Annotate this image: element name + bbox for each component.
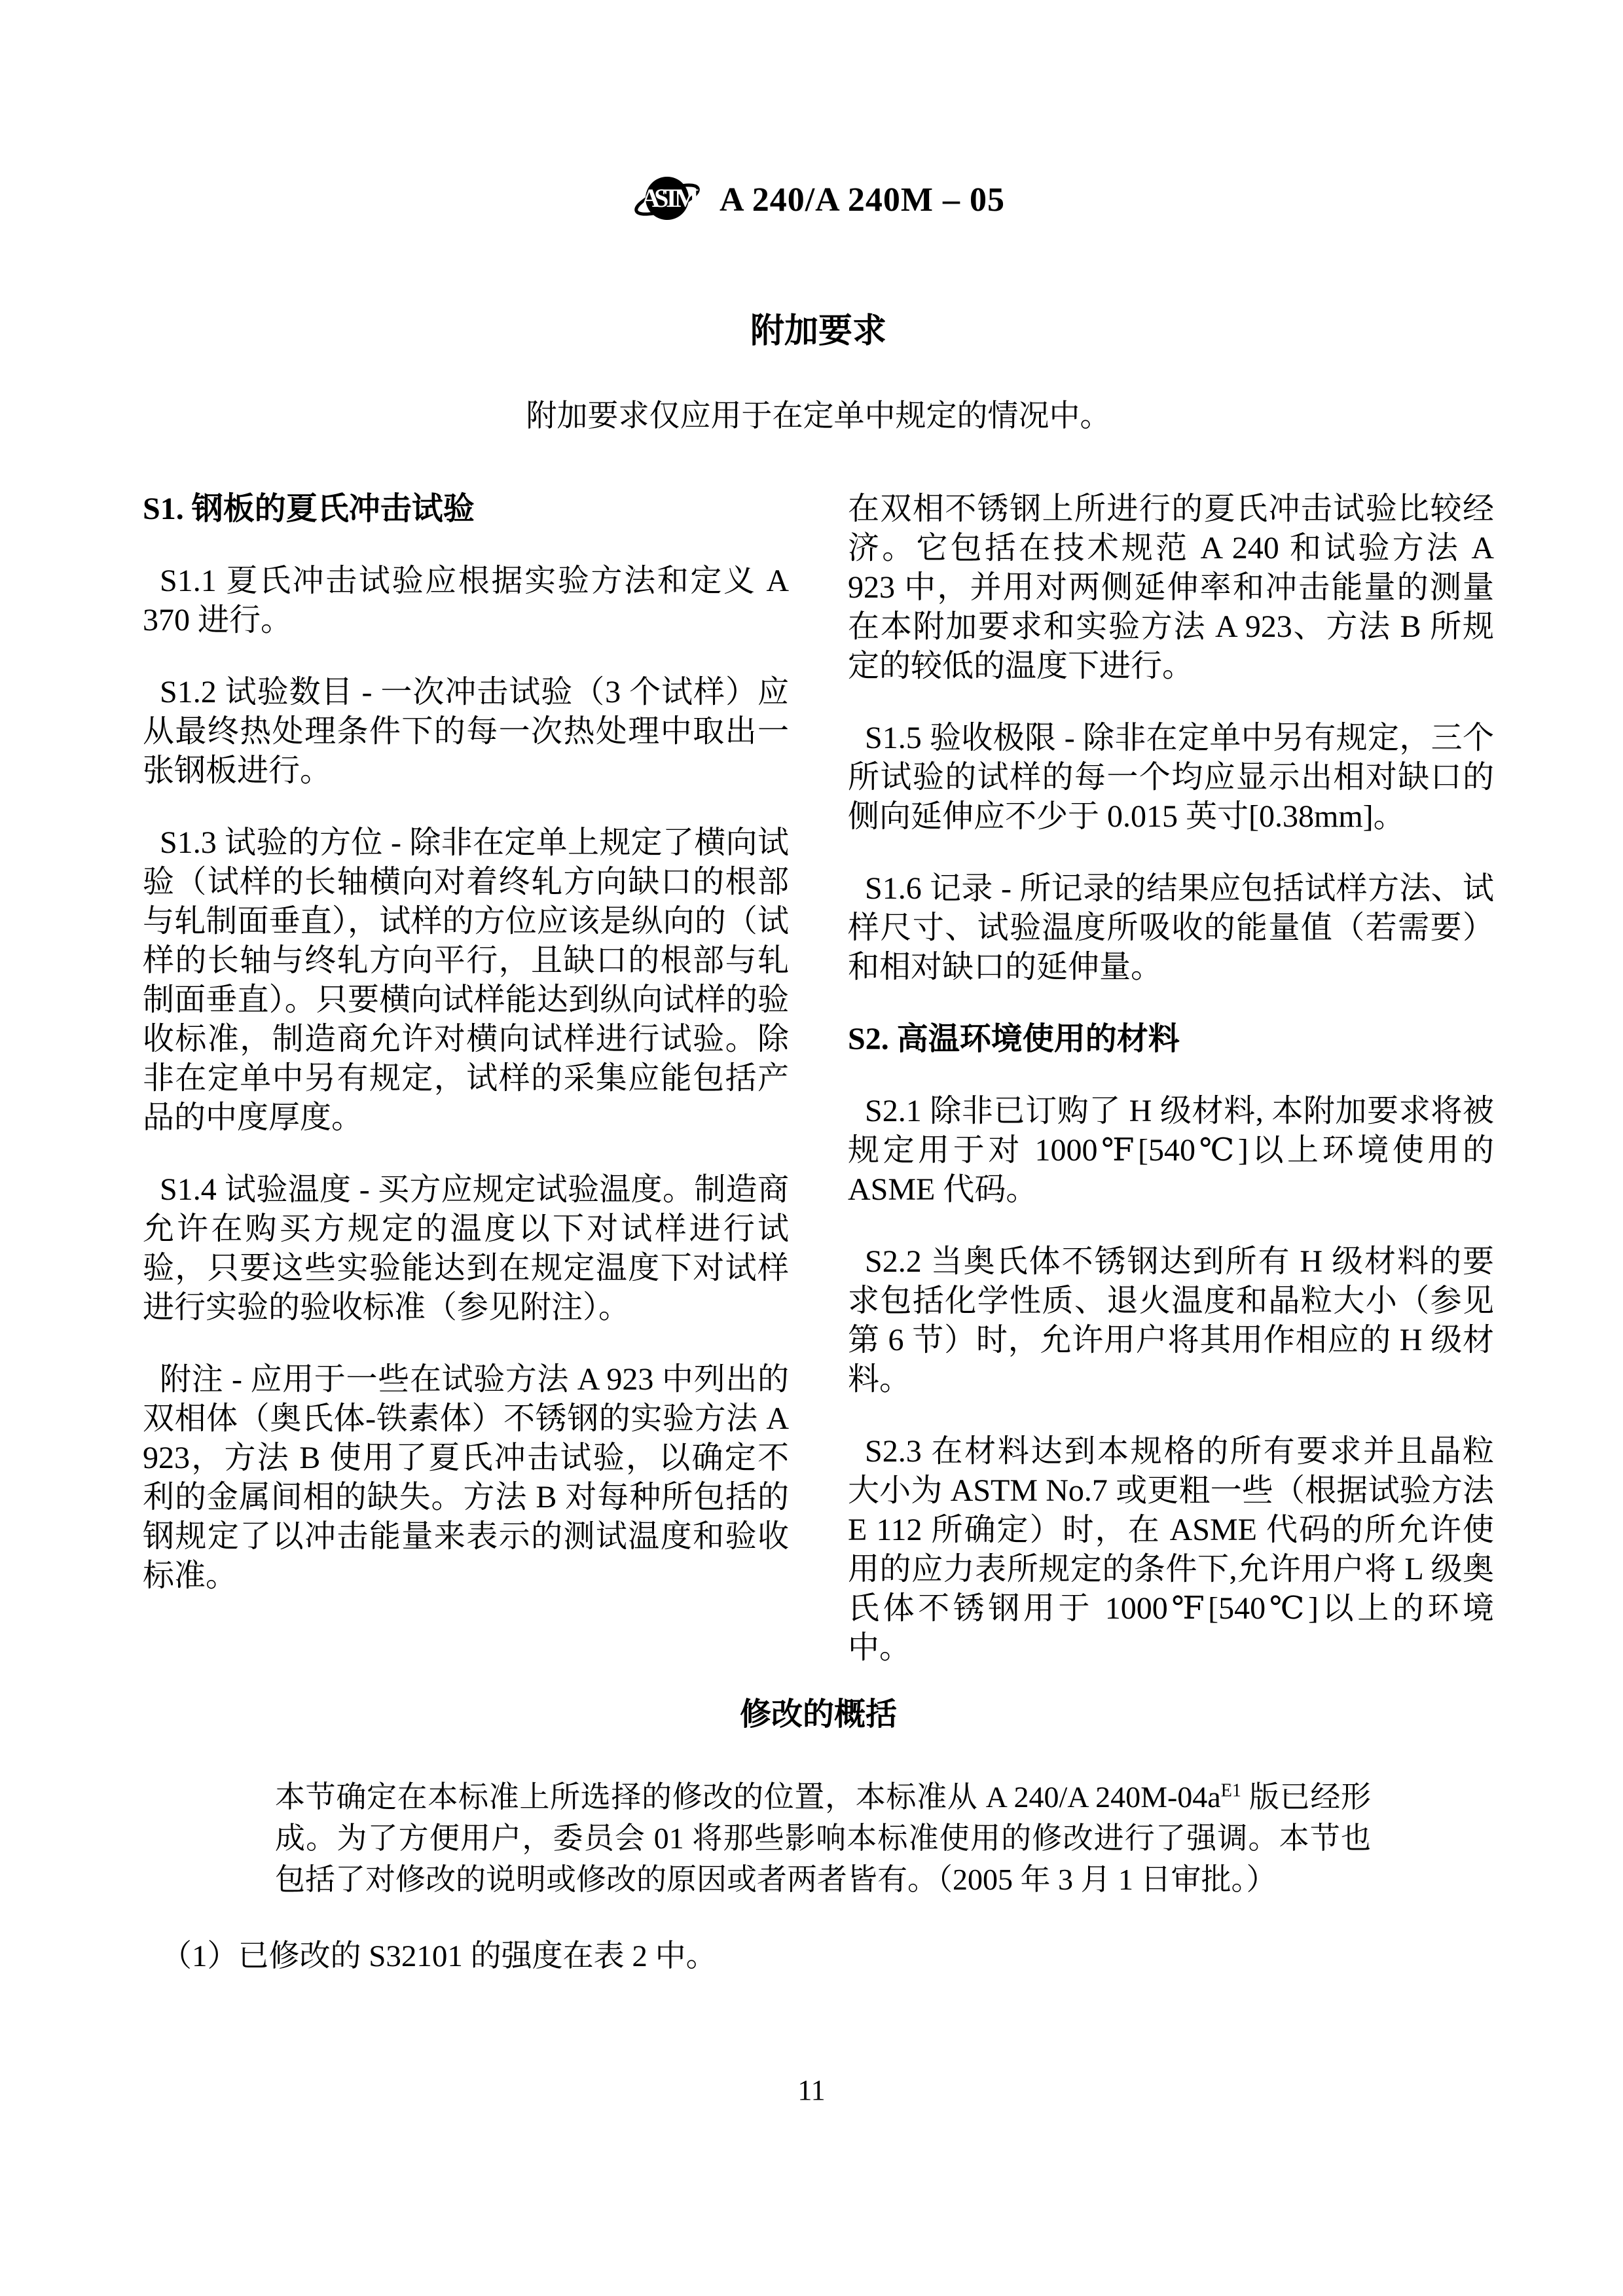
edition-superscript: E1 xyxy=(1221,1781,1241,1801)
page-subtitle: 附加要求仅应用于在定单中规定的情况中。 xyxy=(143,397,1494,436)
changes-paragraph: 本节确定在本标准上所选择的修改的位置，本标准从 A 240/A 240M-04a… xyxy=(275,1776,1371,1900)
page-header: ASTM A 240/A 240M – 05 xyxy=(143,164,1494,236)
body-paragraph: S1.6 记录 - 所记录的结果应包括试样方法、试样尺寸、试验温度所吸收的能量值… xyxy=(848,869,1494,987)
page-number: 11 xyxy=(0,2073,1623,2107)
changes-list-item: （1）已修改的 S32101 的强度在表 2 中。 xyxy=(161,1937,1494,1976)
body-paragraph: S1.2 试验数目 - 一次冲击试验（3 个试样）应从最终热处理条件下的每一次热… xyxy=(143,673,789,791)
body-paragraph: S1.5 验收极限 - 除非在定单中另有规定，三个所试验的试样的每一个均应显示出… xyxy=(848,719,1494,836)
body-paragraph: S1.1 夏氏冲击试验应根据实验方法和定义 A 370 进行。 xyxy=(143,562,789,640)
body-paragraph: 在双相不锈钢上所进行的夏氏冲击试验比较经济。它包括在技术规范 A 240 和试验… xyxy=(848,490,1494,686)
two-column-body: S1. 钢板的夏氏冲击试验S1.1 夏氏冲击试验应根据实验方法和定义 A 370… xyxy=(143,490,1494,1668)
body-paragraph: S2.1 除非已订购了 H 级材料, 本附加要求将被规定用于对 1000℉[54… xyxy=(848,1092,1494,1210)
document-page: ASTM A 240/A 240M – 05 附加要求 附加要求仅应用于在定单中… xyxy=(0,0,1623,2296)
body-paragraph: S2.2 当奥氏体不锈钢达到所有 H 级材料的要求包括化学性质、退火温度和晶粒大… xyxy=(848,1242,1494,1399)
body-paragraph: S1.4 试验温度 - 买方应规定试验温度。制造商允许在购买方规定的温度以下对试… xyxy=(143,1170,789,1327)
body-paragraph: 附注 - 应用于一些在试验方法 A 923 中列出的双相体（奥氏体-铁素体）不锈… xyxy=(143,1360,789,1596)
section-heading: S1. 钢板的夏氏冲击试验 xyxy=(143,490,789,529)
changes-section-heading: 修改的概括 xyxy=(143,1695,1494,1734)
page-title: 附加要求 xyxy=(143,309,1494,355)
left-column: S1. 钢板的夏氏冲击试验S1.1 夏氏冲击试验应根据实验方法和定义 A 370… xyxy=(143,490,789,1668)
right-column: 在双相不锈钢上所进行的夏氏冲击试验比较经济。它包括在技术规范 A 240 和试验… xyxy=(848,490,1494,1668)
section-heading: S2. 高温环境使用的材料 xyxy=(848,1020,1494,1059)
body-paragraph: S1.3 试验的方位 - 除非在定单上规定了横向试验（试样的长轴横向对着终轧方向… xyxy=(143,823,789,1138)
astm-logo-icon: ASTM xyxy=(632,167,702,233)
body-paragraph: S2.3 在材料达到本规格的所有要求并且晶粒大小为 ASTM No.7 或更粗一… xyxy=(848,1432,1494,1668)
svg-text:ASTM: ASTM xyxy=(641,183,699,213)
changes-text-before: 本节确定在本标准上所选择的修改的位置，本标准从 A 240/A 240M-04a xyxy=(275,1780,1221,1814)
document-code: A 240/A 240M – 05 xyxy=(720,181,1005,219)
